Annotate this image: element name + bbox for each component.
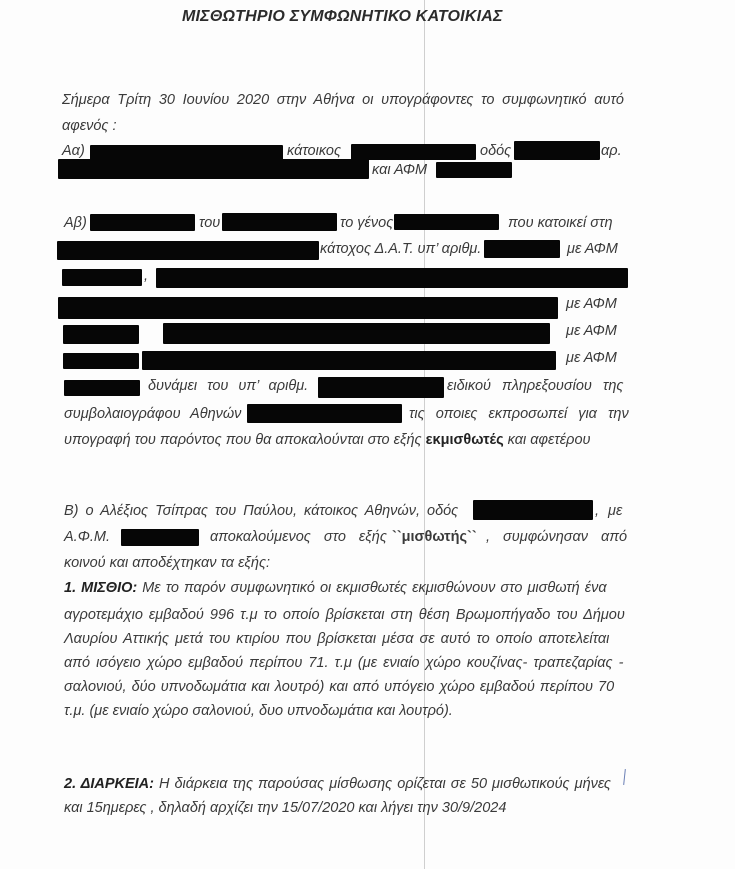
section-1-line-6: τ.μ. (με ενιαίο χώρο σαλονιού, δυο υπνοδ… [64,703,453,719]
party-aa-taxid: και ΑΦΜ [372,162,427,178]
party-aa-label: Αα) [62,143,85,159]
party-ab-signature-line: υπογραφή του παρόντος που θα αποκαλούντα… [64,432,591,448]
document-title: ΜΙΣΘΩΤΗΡΙΟ ΣΥΜΦΩΝΗΤΙΚΟ ΚΑΤΟΙΚΙΑΣ [182,8,503,26]
party-ab-of: του [199,215,220,231]
lessee-term: ``μισθωτής`` [392,529,477,545]
party-ab-notary: συμβολαιογράφου Αθηνών [64,406,241,422]
section-1-line-1: 1. ΜΙΣΘΙΟ: Με το παρόν συμφωνητικό οι εκ… [64,580,607,596]
party-b-line-1: Β) ο Αλέξιος Τσίπρας του Παύλου, κάτοικο… [64,503,458,519]
redaction [57,241,319,260]
party-ab-taxid-2: με ΑΦΜ [566,296,617,312]
section-1-heading: 1. ΜΙΣΘΙΟ: [64,580,137,596]
section-2-line-1: 2. ΔΙΑΡΚΕΙΑ: Η διάρκεια της παρούσας μίσ… [64,776,611,792]
redaction [142,351,556,370]
party-b-line-3: κοινού και αποδέχτηκαν τα εξής: [64,555,270,571]
section-1-line-4: από ισόγειο χώρο εμβαδού περίπου 71. τ.μ… [64,655,623,671]
party-b-afm-label: Α.Φ.Μ. [64,529,110,545]
party-aa-resident: κάτοικος [287,143,341,159]
party-ab-lives: που κατοικεί στη [508,215,613,231]
redaction [121,529,199,546]
party-ab-taxid-4: με ΑΦΜ [566,350,617,366]
redaction [58,159,369,179]
pen-mark [623,769,626,785]
party-ab-id-holder: κάτοχος Δ.Α.Τ. υπ’ αριθμ. [320,241,481,257]
party-ab-special-poa: ειδικού πληρεξουσίου της [447,378,623,394]
lessors-term: εκμισθωτές [426,432,504,448]
redaction [163,323,550,344]
party-ab-represents: τις οποιες εκπροσωπεί για την [409,406,629,422]
party-ab-label: Αβ) [64,215,87,231]
section-1-line-5: σαλονιού, δύο υπνοδωμάτια και λουτρό) κα… [64,679,614,695]
document-page: ΜΙΣΘΩΤΗΡΙΟ ΣΥΜΦΩΝΗΤΙΚΟ ΚΑΤΟΙΚΙΑΣ Σήμερα … [0,0,735,869]
redaction [63,325,139,344]
party-ab-taxid: με ΑΦΜ [567,241,618,257]
redaction [58,297,558,319]
party-ab-born: το γένος [340,215,393,231]
section-2-heading: 2. ΔΙΑΡΚΕΙΑ: [64,776,154,792]
redaction [247,404,402,423]
redaction [64,380,140,396]
party-b-called: αποκαλούμενος στο εξής [210,529,387,545]
redaction [62,269,142,286]
party-b-line-1-end: , με [595,503,622,519]
redaction [473,500,593,520]
party-aa-street: οδός [480,143,511,159]
redaction [63,353,139,369]
party-ab-taxid-3: με ΑΦΜ [566,323,617,339]
section-1-line-2: αγροτεμάχιο εμβαδού 996 τ.μ το οποίο βρί… [64,607,625,623]
intro-line-2: αφενός : [62,118,117,134]
redaction [90,214,195,231]
redaction [156,268,628,288]
redaction [351,144,476,160]
redaction [514,141,600,160]
intro-line-1: Σήμερα Τρίτη 30 Ιουνίου 2020 στην Αθήνα … [62,92,624,108]
section-1-line-3: Λαυρίου Αττικής μετά του κτιρίου που βρί… [64,631,609,647]
redaction [394,214,499,230]
party-ab-comma: , [144,268,148,284]
redaction [484,240,560,258]
redaction [222,213,337,231]
redaction [318,377,444,398]
section-2-line-2: και 15ημερες , δηλαδή αρχίζει την 15/07/… [64,800,506,816]
party-aa-number: αρ. [601,143,622,159]
party-ab-by-virtue: δυνάμει του υπ’ αριθμ. [148,378,308,394]
party-b-agreed: , συμφώνησαν από [486,529,627,545]
redaction [436,162,512,178]
